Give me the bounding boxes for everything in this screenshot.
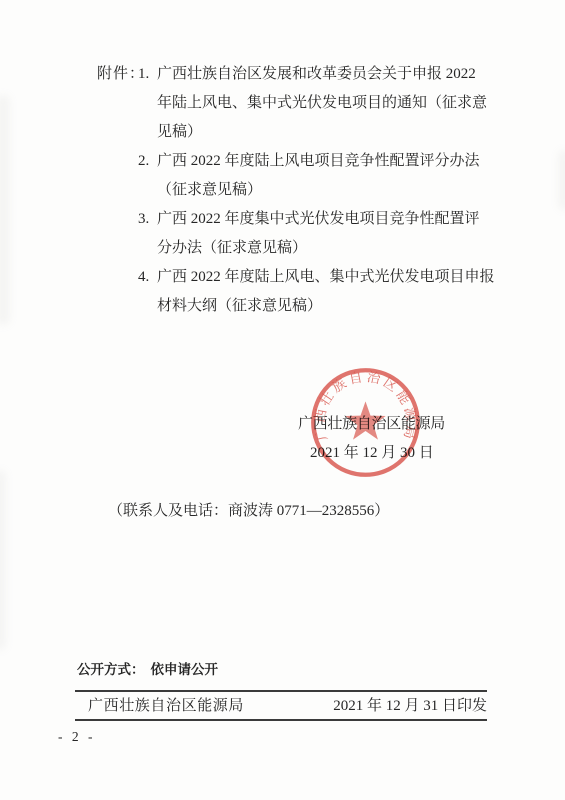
contact-line: （联系人及电话：商波涛 0771—2328556） [108, 501, 389, 521]
issuing-date: 2021 年 12 月 30 日 [310, 444, 434, 462]
attachment-item-2: 2. 广西 2022 年度陆上风电项目竞争性配置评分办法 （征求意见稿） [138, 147, 495, 205]
attachment-line: 广西 2022 年度陆上风电项目竞争性配置评分办法 [157, 147, 480, 176]
imprint-print-date: 2021 年 12 月 31 日印发 [333, 697, 487, 716]
attachment-item-1: 1. 广西壮族自治区发展和改革委员会关于申报 2022 年陆上风电、集中式光伏发… [138, 60, 495, 147]
attachment-line: （征求意见稿） [157, 176, 480, 205]
disclosure-label: 公开方式： [77, 662, 145, 677]
scan-artifact [0, 470, 6, 650]
attachment-text: 广西壮族自治区发展和改革委员会关于申报 2022 年陆上风电、集中式光伏发电项目… [157, 60, 487, 147]
scan-artifact [0, 95, 10, 325]
attachment-line: 年陆上风电、集中式光伏发电项目的通知（征求意 [157, 89, 487, 118]
imprint-top-rule [75, 690, 487, 692]
attachment-item-3: 3. 广西 2022 年度集中式光伏发电项目竞争性配置评 分办法（征求意见稿） [138, 205, 495, 263]
attachment-line: 广西 2022 年度陆上风电、集中式光伏发电项目申报 [157, 263, 495, 292]
attachment-text: 广西 2022 年度集中式光伏发电项目竞争性配置评 分办法（征求意见稿） [157, 205, 480, 263]
attachment-item-4: 4. 广西 2022 年度陆上风电、集中式光伏发电项目申报 材料大纲（征求意见稿… [138, 263, 495, 321]
disclosure-line: 公开方式：依申请公开 [77, 661, 218, 679]
attachment-line: 分办法（征求意见稿） [157, 234, 480, 263]
disclosure-value: 依申请公开 [151, 662, 219, 677]
attachment-text: 广西 2022 年度陆上风电项目竞争性配置评分办法 （征求意见稿） [157, 147, 480, 205]
attachment-line: 见稿） [157, 118, 487, 147]
imprint-row: 广西壮族自治区能源局 2021 年 12 月 31 日印发 [75, 697, 487, 716]
imprint-bottom-rule [75, 719, 487, 721]
attachment-number: 1. [138, 60, 157, 147]
attachment-list: 1. 广西壮族自治区发展和改革委员会关于申报 2022 年陆上风电、集中式光伏发… [138, 60, 495, 321]
attachment-number: 2. [138, 147, 157, 205]
attachment-text: 广西 2022 年度陆上风电、集中式光伏发电项目申报 材料大纲（征求意见稿） [157, 263, 495, 321]
document-page: 附件： 1. 广西壮族自治区发展和改革委员会关于申报 2022 年陆上风电、集中… [0, 0, 565, 800]
attachment-line: 材料大纲（征求意见稿） [157, 292, 495, 321]
attachment-number: 4. [138, 263, 157, 321]
imprint-issuer: 广西壮族自治区能源局 [75, 697, 244, 716]
scan-artifact [558, 150, 565, 210]
issuing-org-name: 广西壮族自治区能源局 [298, 415, 445, 433]
attachment-number: 3. [138, 205, 157, 263]
page-number: - 2 - [58, 728, 96, 745]
attachment-line: 广西壮族自治区发展和改革委员会关于申报 2022 [157, 60, 487, 89]
attachment-line: 广西 2022 年度集中式光伏发电项目竞争性配置评 [157, 205, 480, 234]
